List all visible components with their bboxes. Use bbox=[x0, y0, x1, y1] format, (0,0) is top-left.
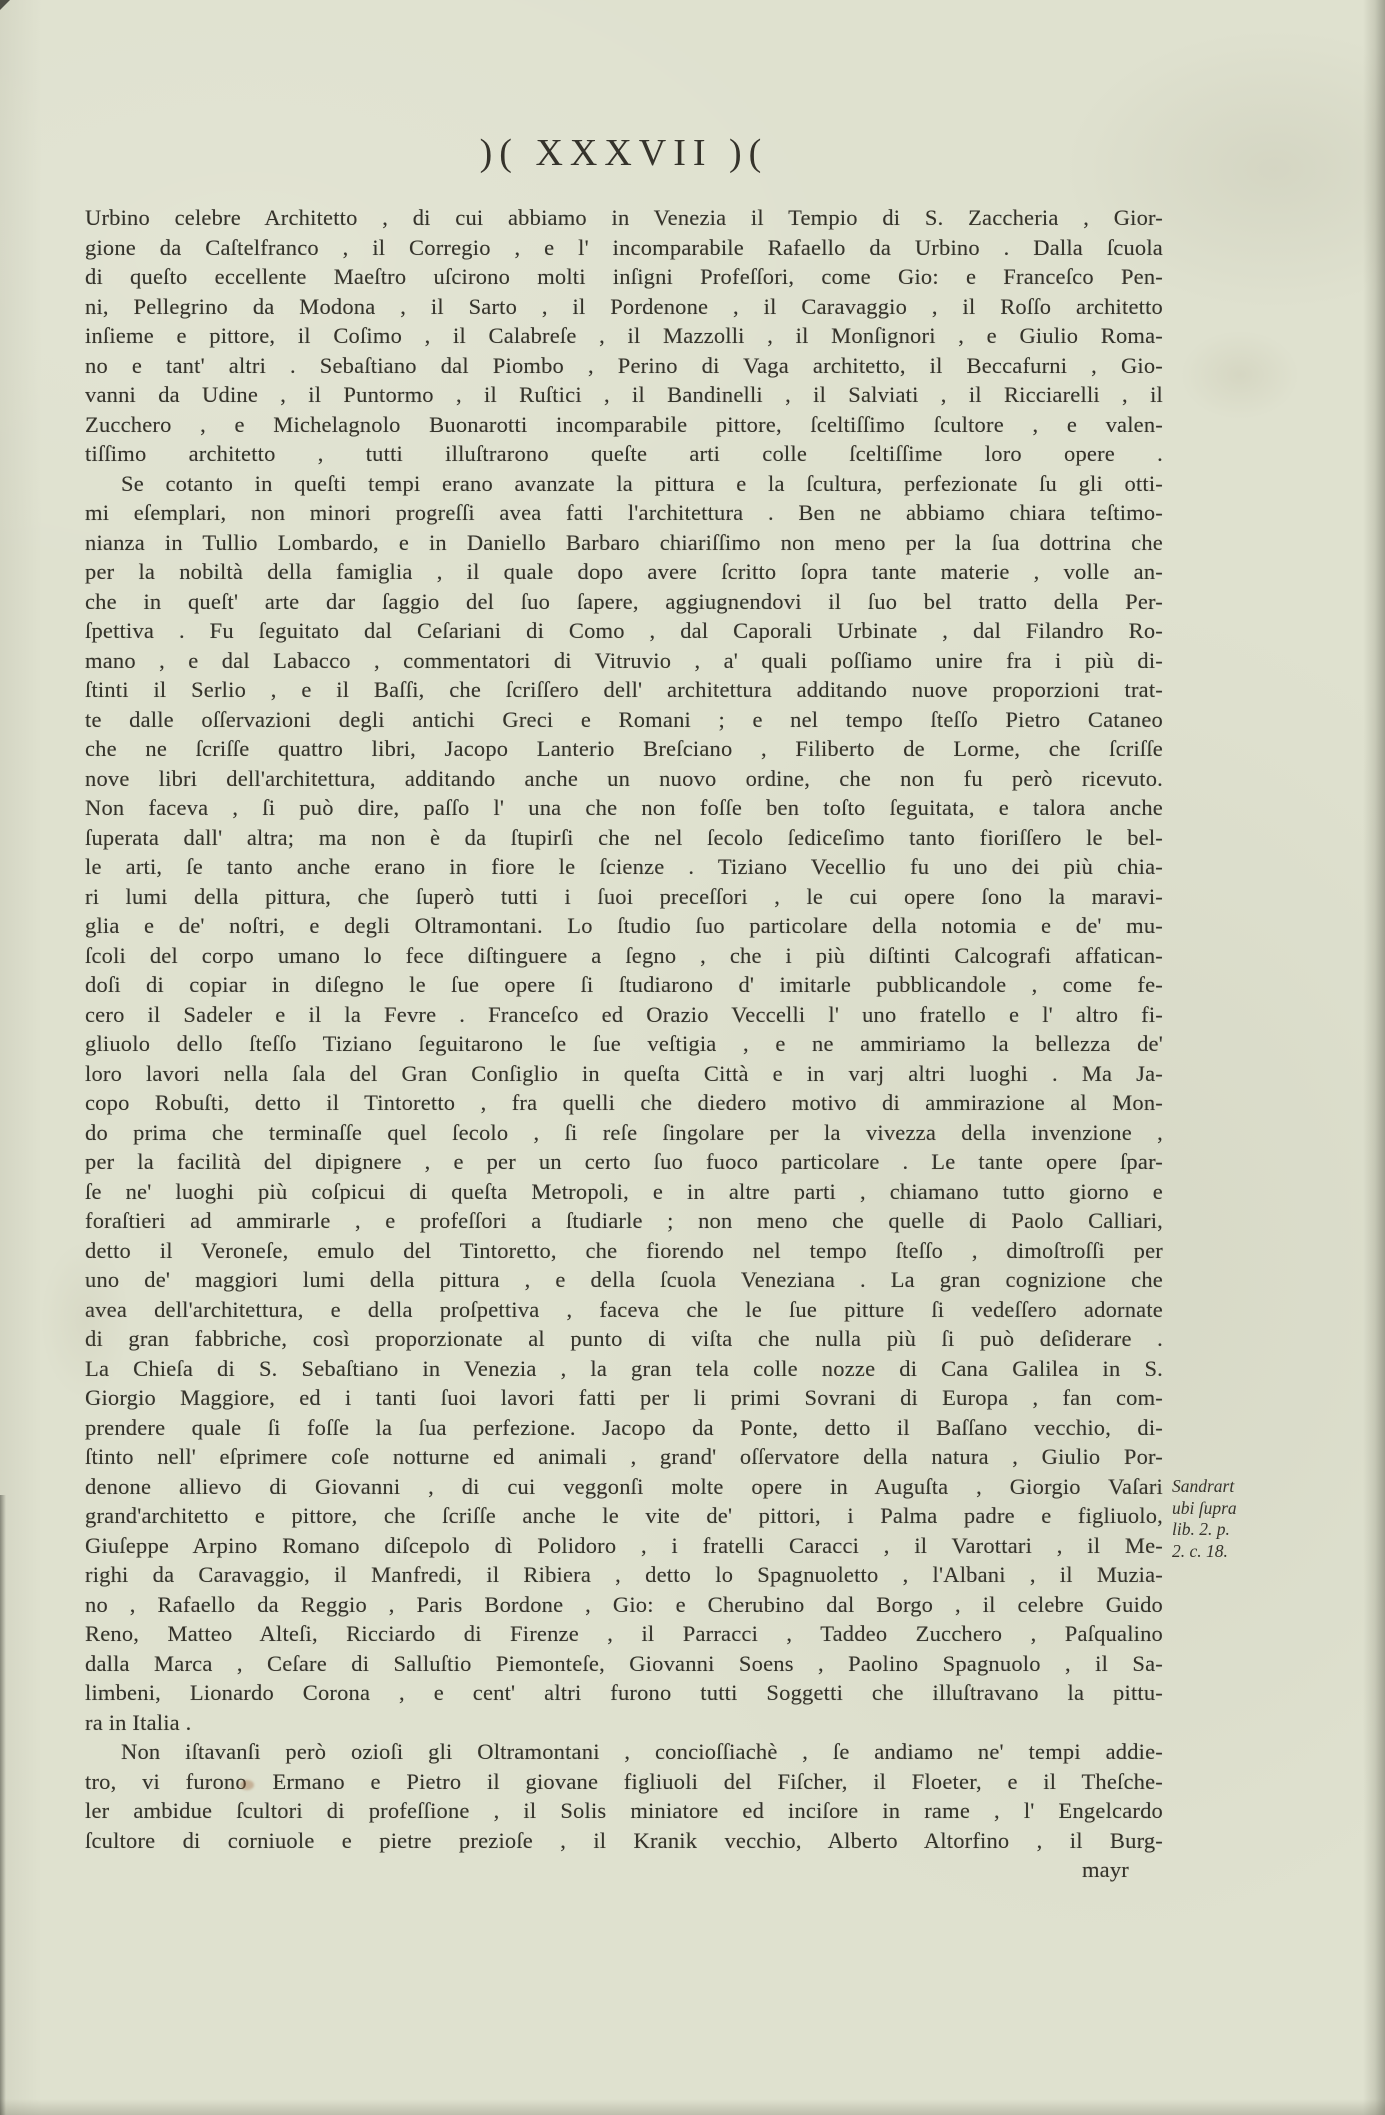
text-line: che ne ſcriſſe quattro libri, Jacopo Lan… bbox=[85, 734, 1163, 764]
paper-stain bbox=[40, 1240, 130, 1400]
text-line: ſuperata dall' altra; ma non è da ſtupir… bbox=[85, 823, 1163, 853]
text-line: prendere quale ſi foſſe la ſua perfezion… bbox=[85, 1413, 1163, 1443]
text-line: ſcultore di corniuole e pietre prezioſe … bbox=[85, 1826, 1163, 1856]
text-line: no , Rafaello da Reggio , Paris Bordone … bbox=[85, 1590, 1163, 1620]
text-line: dalla Marca , Ceſare di Salluſtio Piemon… bbox=[85, 1649, 1163, 1679]
text-line: uno de' maggiori lumi della pittura , e … bbox=[85, 1265, 1163, 1295]
text-line: le arti, ſe tanto anche erano in fiore l… bbox=[85, 852, 1163, 882]
text-line: Reno, Matteo Alteſi, Ricciardo di Firenz… bbox=[85, 1619, 1163, 1649]
page-edge-shadow-bottom bbox=[0, 2099, 1385, 2115]
text-line: Zucchero , e Michelagnolo Buonarotti inc… bbox=[85, 410, 1163, 440]
text-line: denone allievo di Giovanni , di cui vegg… bbox=[85, 1472, 1163, 1502]
margin-note-line: lib. 2. p. bbox=[1172, 1519, 1302, 1541]
text-line: di gran fabbriche, così proporzionate al… bbox=[85, 1324, 1163, 1354]
text-line: per la facilità del dipignere , e per un… bbox=[85, 1147, 1163, 1177]
text-line: mayr bbox=[85, 1855, 1163, 1885]
text-line: Non iſtavanſi però ozioſi gli Oltramonta… bbox=[85, 1737, 1163, 1767]
text-line: Giuſeppe Arpino Romano diſcepolo dì Poli… bbox=[85, 1531, 1163, 1561]
page-number: )( XXXVII )( bbox=[85, 131, 1163, 175]
text-line: ſpettiva . Fu ſeguitato dal Ceſariani di… bbox=[85, 616, 1163, 646]
text-line: Giorgio Maggiore, ed i tanti ſuoi lavori… bbox=[85, 1383, 1163, 1413]
paper-stain bbox=[240, 1780, 254, 1790]
text-line: Urbino celebre Architetto , di cui abbia… bbox=[85, 203, 1163, 233]
page-edge-shadow-right bbox=[1363, 0, 1385, 2115]
text-line: ni, Pellegrino da Modona , il Sarto , il… bbox=[85, 292, 1163, 322]
text-line: inſieme e pittore, il Coſimo , il Calabr… bbox=[85, 321, 1163, 351]
text-line: mano , e dal Labacco , commentatori di V… bbox=[85, 646, 1163, 676]
text-line: te dalle oſſervazioni degli antichi Grec… bbox=[85, 705, 1163, 735]
text-line: ra in Italia . bbox=[85, 1708, 1163, 1738]
scan-corner-mark bbox=[0, 0, 10, 10]
text-line: loro lavori nella ſala del Gran Conſigli… bbox=[85, 1059, 1163, 1089]
text-line: detto il Veroneſe, emulo del Tintoretto,… bbox=[85, 1236, 1163, 1266]
page: )( XXXVII )( Urbino celebre Architetto ,… bbox=[0, 0, 1385, 2115]
text-line: che in queſt' arte dar ſaggio del ſuo ſa… bbox=[85, 587, 1163, 617]
text-line: avea dell'architettura, e della proſpett… bbox=[85, 1295, 1163, 1325]
text-line: foraſtieri ad ammirarle , e profeſſori a… bbox=[85, 1206, 1163, 1236]
text-line: nianza in Tullio Lombardo, e in Daniello… bbox=[85, 528, 1163, 558]
text-line: ſe ne' luoghi più coſpicui di queſta Met… bbox=[85, 1177, 1163, 1207]
text-line: Non faceva , ſi può dire, paſſo l' una c… bbox=[85, 793, 1163, 823]
text-line: mi eſemplari, non minori progreſſi avea … bbox=[85, 498, 1163, 528]
text-line: gliuolo dello ſteſſo Tiziano ſeguitarono… bbox=[85, 1029, 1163, 1059]
text-line: righi da Caravaggio, il Manfredi, il Rib… bbox=[85, 1560, 1163, 1590]
text-line: cero il Sadeler e il la Fevre . Franceſc… bbox=[85, 1000, 1163, 1030]
text-line: Se cotanto in queſti tempi erano avanzat… bbox=[85, 469, 1163, 499]
text-line: ri lumi della pittura, che ſuperò tutti … bbox=[85, 882, 1163, 912]
text-line: di queſto eccellente Maeſtro uſcirono mo… bbox=[85, 262, 1163, 292]
text-line: limbeni, Lionardo Corona , e cent' altri… bbox=[85, 1678, 1163, 1708]
margin-note-line: 2. c. 18. bbox=[1172, 1541, 1302, 1563]
text-line: ſcoli del corpo umano lo fece diſtinguer… bbox=[85, 941, 1163, 971]
margin-note-line: ubi ſupra bbox=[1172, 1498, 1302, 1520]
text-line: nove libri dell'architettura, additando … bbox=[85, 764, 1163, 794]
text-line: glia e de' noſtri, e degli Oltramontani.… bbox=[85, 911, 1163, 941]
text-line: doſi di copiar in diſegno le ſue opere ſ… bbox=[85, 970, 1163, 1000]
text-line: copo Robuſti, detto il Tintoretto , fra … bbox=[85, 1088, 1163, 1118]
text-line: ler ambidue ſcultori di profeſſione , il… bbox=[85, 1796, 1163, 1826]
text-line: no e tant' altri . Sebaſtiano dal Piombo… bbox=[85, 351, 1163, 381]
text-line: vanni da Udine , il Puntormo , il Ruſtic… bbox=[85, 380, 1163, 410]
text-line: La Chieſa di S. Sebaſtiano in Venezia , … bbox=[85, 1354, 1163, 1384]
margin-note-line: Sandrart bbox=[1172, 1476, 1302, 1498]
body-text: Urbino celebre Architetto , di cui abbia… bbox=[85, 203, 1163, 1885]
text-line: ſtinti il Serlio , e il Baſſi, che ſcriſ… bbox=[85, 675, 1163, 705]
text-line: gione da Caſtelfranco , il Corregio , e … bbox=[85, 233, 1163, 263]
margin-note: Sandrartubi ſupralib. 2. p.2. c. 18. bbox=[1172, 1476, 1302, 1562]
paper-stain bbox=[1180, 330, 1300, 420]
text-line: per la nobiltà della famiglia , il quale… bbox=[85, 557, 1163, 587]
text-line: tiſſimo architetto , tutti illuſtrarono … bbox=[85, 439, 1163, 469]
page-edge-shadow-left bbox=[0, 1495, 6, 2115]
text-line: grand'architetto e pittore, che ſcriſſe … bbox=[85, 1501, 1163, 1531]
text-line: do prima che terminaſſe quel ſecolo , ſi… bbox=[85, 1118, 1163, 1148]
text-line: ſtinto nell' eſprimere coſe notturne ed … bbox=[85, 1442, 1163, 1472]
